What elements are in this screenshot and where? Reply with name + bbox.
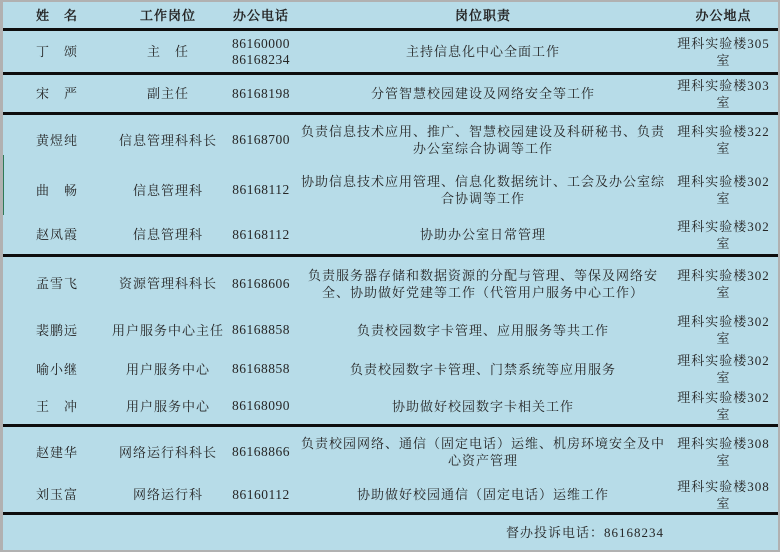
phone-cell: 86168858 (225, 322, 297, 338)
phone-cell: 86168112 (225, 182, 297, 198)
header-phone: 办公电话 (225, 7, 297, 24)
duty-cell: 负责信息技术应用、推广、智慧校园建设及科研秘书、负责办公室综合协调等工作 (297, 123, 669, 157)
position-cell: 信息管理科科长 (111, 132, 225, 149)
table-row: 孟雪飞 资源管理科科长 86168606 负责服务器存储和数据资源的分配与管理、… (3, 257, 778, 310)
header-position: 工作岗位 (111, 7, 225, 24)
duty-cell: 主持信息化中心全面工作 (297, 43, 669, 60)
phone-cell: 86168112 (225, 227, 297, 243)
location-cell: 理科实验楼303室 (669, 77, 778, 111)
position-cell: 资源管理科科长 (111, 275, 225, 292)
name-cell: 宋 严 (3, 85, 111, 102)
position-cell: 网络运行科 (111, 486, 225, 503)
duty-cell: 负责校园网络、通信（固定电话）运维、机房环境安全及中心资产管理 (297, 435, 669, 469)
name-cell: 刘玉富 (3, 486, 111, 503)
phone-cell: 86168198 (225, 86, 297, 102)
duty-cell: 分管智慧校园建设及网络安全等工作 (297, 85, 669, 102)
table-row: 赵凤霞 信息管理科 86168112 协助办公室日常管理 理科实验楼302室 (3, 215, 778, 257)
table-row: 宋 严 副主任 86168198 分管智慧校园建设及网络安全等工作 理科实验楼3… (3, 75, 778, 115)
position-cell: 信息管理科 (111, 226, 225, 243)
location-cell: 理科实验楼302室 (669, 218, 778, 252)
location-cell: 理科实验楼322室 (669, 123, 778, 157)
position-cell: 用户服务中心 (111, 361, 225, 378)
table-row: 刘玉富 网络运行科 86160112 协助做好校园通信（固定电话）运维工作 理科… (3, 477, 778, 515)
name-cell: 黄煜纯 (3, 132, 111, 149)
location-cell: 理科实验楼308室 (669, 478, 778, 512)
staff-directory-table: 姓 名 工作岗位 办公电话 岗位职责 办公地点 丁 颂 主 任 86160000… (0, 0, 780, 552)
duty-cell: 协助做好校园数字卡相关工作 (297, 398, 669, 415)
duty-cell: 协助办公室日常管理 (297, 226, 669, 243)
phone-cell: 86168866 (225, 444, 297, 460)
location-cell: 理科实验楼302室 (669, 352, 778, 386)
duty-cell: 协助信息技术应用管理、信息化数据统计、工会及办公室综合协调等工作 (297, 173, 669, 207)
phone-cell: 86168090 (225, 398, 297, 414)
header-location: 办公地点 (669, 7, 778, 24)
name-cell: 赵建华 (3, 444, 111, 461)
table-row: 丁 颂 主 任 86160000 86168234 主持信息化中心全面工作 理科… (3, 31, 778, 75)
location-cell: 理科实验楼302室 (669, 173, 778, 207)
name-cell: 喻小继 (3, 361, 111, 378)
table-row: 黄煜纯 信息管理科科长 86168700 负责信息技术应用、推广、智慧校园建设及… (3, 115, 778, 165)
header-name: 姓 名 (3, 7, 111, 24)
name-cell: 孟雪飞 (3, 275, 111, 292)
location-cell: 理科实验楼305室 (669, 35, 778, 69)
table-row: 赵建华 网络运行科科长 86168866 负责校园网络、通信（固定电话）运维、机… (3, 427, 778, 477)
duty-cell: 负责服务器存储和数据资源的分配与管理、等保及网络安全、协助做好党建等工作（代管用… (297, 267, 669, 301)
duty-cell: 负责校园数字卡管理、应用服务等共工作 (297, 322, 669, 339)
phone-cell: 86168700 (225, 132, 297, 148)
phone-cell: 86160112 (225, 487, 297, 503)
position-cell: 用户服务中心主任 (111, 322, 225, 339)
name-cell: 曲 畅 (3, 182, 111, 199)
name-cell: 裴鹏远 (3, 322, 111, 339)
phone-cell: 86168606 (225, 276, 297, 292)
phone-cell: 86168858 (225, 361, 297, 377)
position-cell: 用户服务中心 (111, 398, 225, 415)
table-row: 裴鹏远 用户服务中心主任 86168858 负责校园数字卡管理、应用服务等共工作… (3, 310, 778, 350)
position-cell: 信息管理科 (111, 182, 225, 199)
position-cell: 副主任 (111, 85, 225, 102)
location-cell: 理科实验楼308室 (669, 435, 778, 469)
complaint-hotline-text: 督办投诉电话：86168234 (506, 522, 664, 541)
green-edge-strip (0, 155, 4, 215)
table-footer-row: 督办投诉电话：86168234 (3, 515, 778, 547)
location-cell: 理科实验楼302室 (669, 389, 778, 423)
phone-cell: 86160000 86168234 (225, 36, 297, 68)
table-row: 喻小继 用户服务中心 86168858 负责校园数字卡管理、门禁系统等应用服务 … (3, 350, 778, 388)
location-cell: 理科实验楼302室 (669, 313, 778, 347)
name-cell: 丁 颂 (3, 43, 111, 60)
table-row: 曲 畅 信息管理科 86168112 协助信息技术应用管理、信息化数据统计、工会… (3, 165, 778, 215)
duty-cell: 协助做好校园通信（固定电话）运维工作 (297, 486, 669, 503)
location-cell: 理科实验楼302室 (669, 267, 778, 301)
header-duty: 岗位职责 (297, 7, 669, 24)
table-header-row: 姓 名 工作岗位 办公电话 岗位职责 办公地点 (3, 2, 778, 31)
name-cell: 王 冲 (3, 398, 111, 415)
position-cell: 网络运行科科长 (111, 444, 225, 461)
duty-cell: 负责校园数字卡管理、门禁系统等应用服务 (297, 361, 669, 378)
name-cell: 赵凤霞 (3, 226, 111, 243)
position-cell: 主 任 (111, 43, 225, 60)
table-row: 王 冲 用户服务中心 86168090 协助做好校园数字卡相关工作 理科实验楼3… (3, 388, 778, 427)
